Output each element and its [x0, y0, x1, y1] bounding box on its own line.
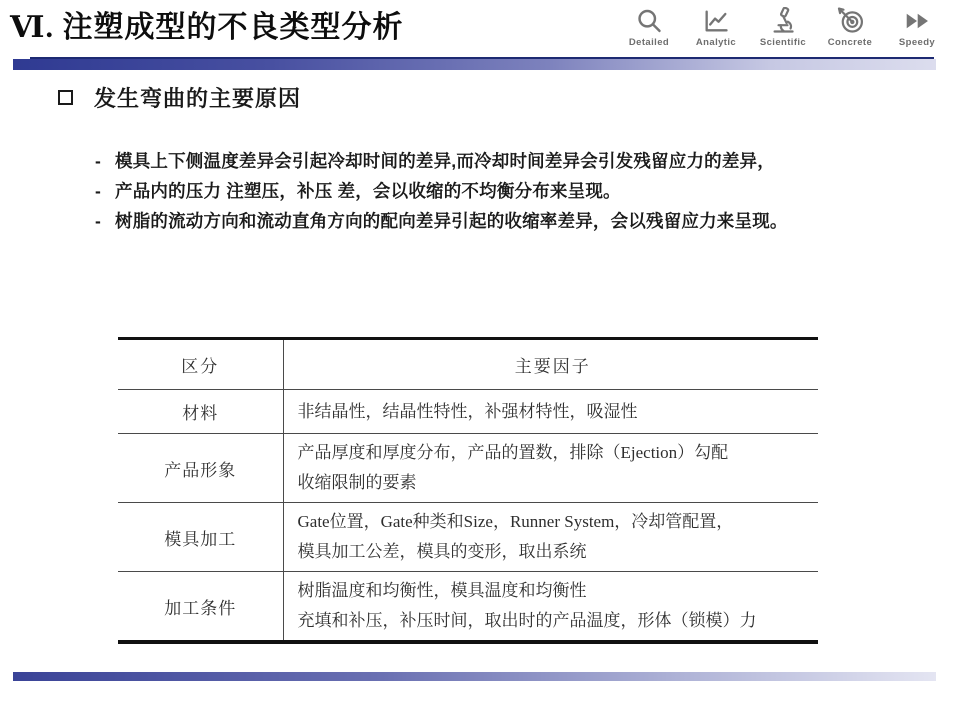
badge-label: Detailed: [629, 37, 669, 48]
factor-line: 收缩限制的要素: [298, 468, 809, 498]
badge-label: Concrete: [828, 37, 872, 48]
bullet-item: - 模具上下侧温度差异会引起冷却时间的差异,而冷却时间差异会引发残留应力的差异，: [95, 146, 800, 176]
factor-line: 充填和补压，补压时间，取出时的产品温度，形体（锁模）力: [298, 606, 809, 636]
badge-analytic: Analytic: [689, 7, 743, 48]
badge-concrete: Concrete: [823, 7, 877, 48]
badge-label: Speedy: [899, 37, 935, 48]
table-row: 产品形象 产品厚度和厚度分布，产品的置数，排除（Ejection）勾配 收缩限制…: [118, 434, 818, 503]
column-header-factors: 主要因子: [283, 339, 818, 390]
table-header-row: 区分 主要因子: [118, 339, 818, 390]
section-marker-square: [58, 90, 73, 105]
row-category: 材料: [118, 390, 283, 434]
bullet-text: 树脂的流动方向和流动直角方向的配向差异引起的收缩率差异，会以残留应力来呈现。: [115, 206, 800, 236]
table-row: 加工条件 树脂温度和均衡性，模具温度和均衡性 充填和补压，补压时间，取出时的产品…: [118, 572, 818, 643]
bullet-item: - 树脂的流动方向和流动直角方向的配向差异引起的收缩率差异，会以残留应力来呈现。: [95, 206, 800, 236]
badge-label: Scientific: [760, 37, 806, 48]
factor-line: 模具加工公差，模具的变形，取出系统: [298, 537, 809, 567]
section-title: 发生弯曲的主要原因: [94, 82, 301, 113]
fast-forward-icon: [903, 7, 931, 35]
badge-scientific: Scientific: [756, 7, 810, 48]
badge-detailed: Detailed: [622, 7, 676, 48]
magnifier-icon: [635, 7, 663, 35]
factor-line: 非结晶性，结晶性特性，补强材特性，吸湿性: [298, 397, 809, 427]
row-factors: 树脂温度和均衡性，模具温度和均衡性 充填和补压，补压时间，取出时的产品温度，形体…: [283, 572, 818, 643]
badge-speedy: Speedy: [890, 7, 944, 48]
factor-line: 产品厚度和厚度分布，产品的置数，排除（Ejection）勾配: [298, 438, 809, 468]
row-category: 加工条件: [118, 572, 283, 643]
bullet-text: 产品内的压力 注塑压，补压 差，会以收缩的不均衡分布来呈现。: [115, 176, 800, 206]
line-chart-icon: [702, 7, 730, 35]
target-dart-icon: [836, 7, 864, 35]
bullet-dash: -: [95, 206, 115, 236]
bullet-item: - 产品内的压力 注塑压，补压 差，会以收缩的不均衡分布来呈现。: [95, 176, 800, 206]
title-rule-gradient-bar: [13, 59, 936, 70]
badge-strip: Detailed Analytic: [622, 7, 944, 48]
factor-line: 树脂温度和均衡性，模具温度和均衡性: [298, 576, 809, 606]
microscope-icon: [769, 7, 797, 35]
row-factors: 非结晶性，结晶性特性，补强材特性，吸湿性: [283, 390, 818, 434]
bullet-dash: -: [95, 176, 115, 206]
bullet-dash: -: [95, 146, 115, 176]
row-factors: Gate位置，Gate种类和Size，Runner System，冷却管配置， …: [283, 503, 818, 572]
row-category: 模具加工: [118, 503, 283, 572]
factor-line: Gate位置，Gate种类和Size，Runner System，冷却管配置，: [298, 507, 809, 537]
column-header-category: 区分: [118, 339, 283, 390]
bullet-list: - 模具上下侧温度差异会引起冷却时间的差异,而冷却时间差异会引发残留应力的差异，…: [95, 146, 800, 236]
slide-canvas: Ⅵ. 注塑成型的不良类型分析 Detailed Analytic: [0, 0, 956, 717]
table-row: 材料 非结晶性，结晶性特性，补强材特性，吸湿性: [118, 390, 818, 434]
row-factors: 产品厚度和厚度分布，产品的置数，排除（Ejection）勾配 收缩限制的要素: [283, 434, 818, 503]
page-title: Ⅵ. 注塑成型的不良类型分析: [10, 2, 404, 46]
main-factor-table: 区分 主要因子 材料 非结晶性，结晶性特性，补强材特性，吸湿性 产品形象 产品厚…: [118, 337, 818, 644]
row-category: 产品形象: [118, 434, 283, 503]
badge-label: Analytic: [696, 37, 736, 48]
bullet-text: 模具上下侧温度差异会引起冷却时间的差异,而冷却时间差异会引发残留应力的差异，: [115, 146, 800, 176]
footer-gradient-bar: [13, 672, 936, 681]
table-row: 模具加工 Gate位置，Gate种类和Size，Runner System，冷却…: [118, 503, 818, 572]
